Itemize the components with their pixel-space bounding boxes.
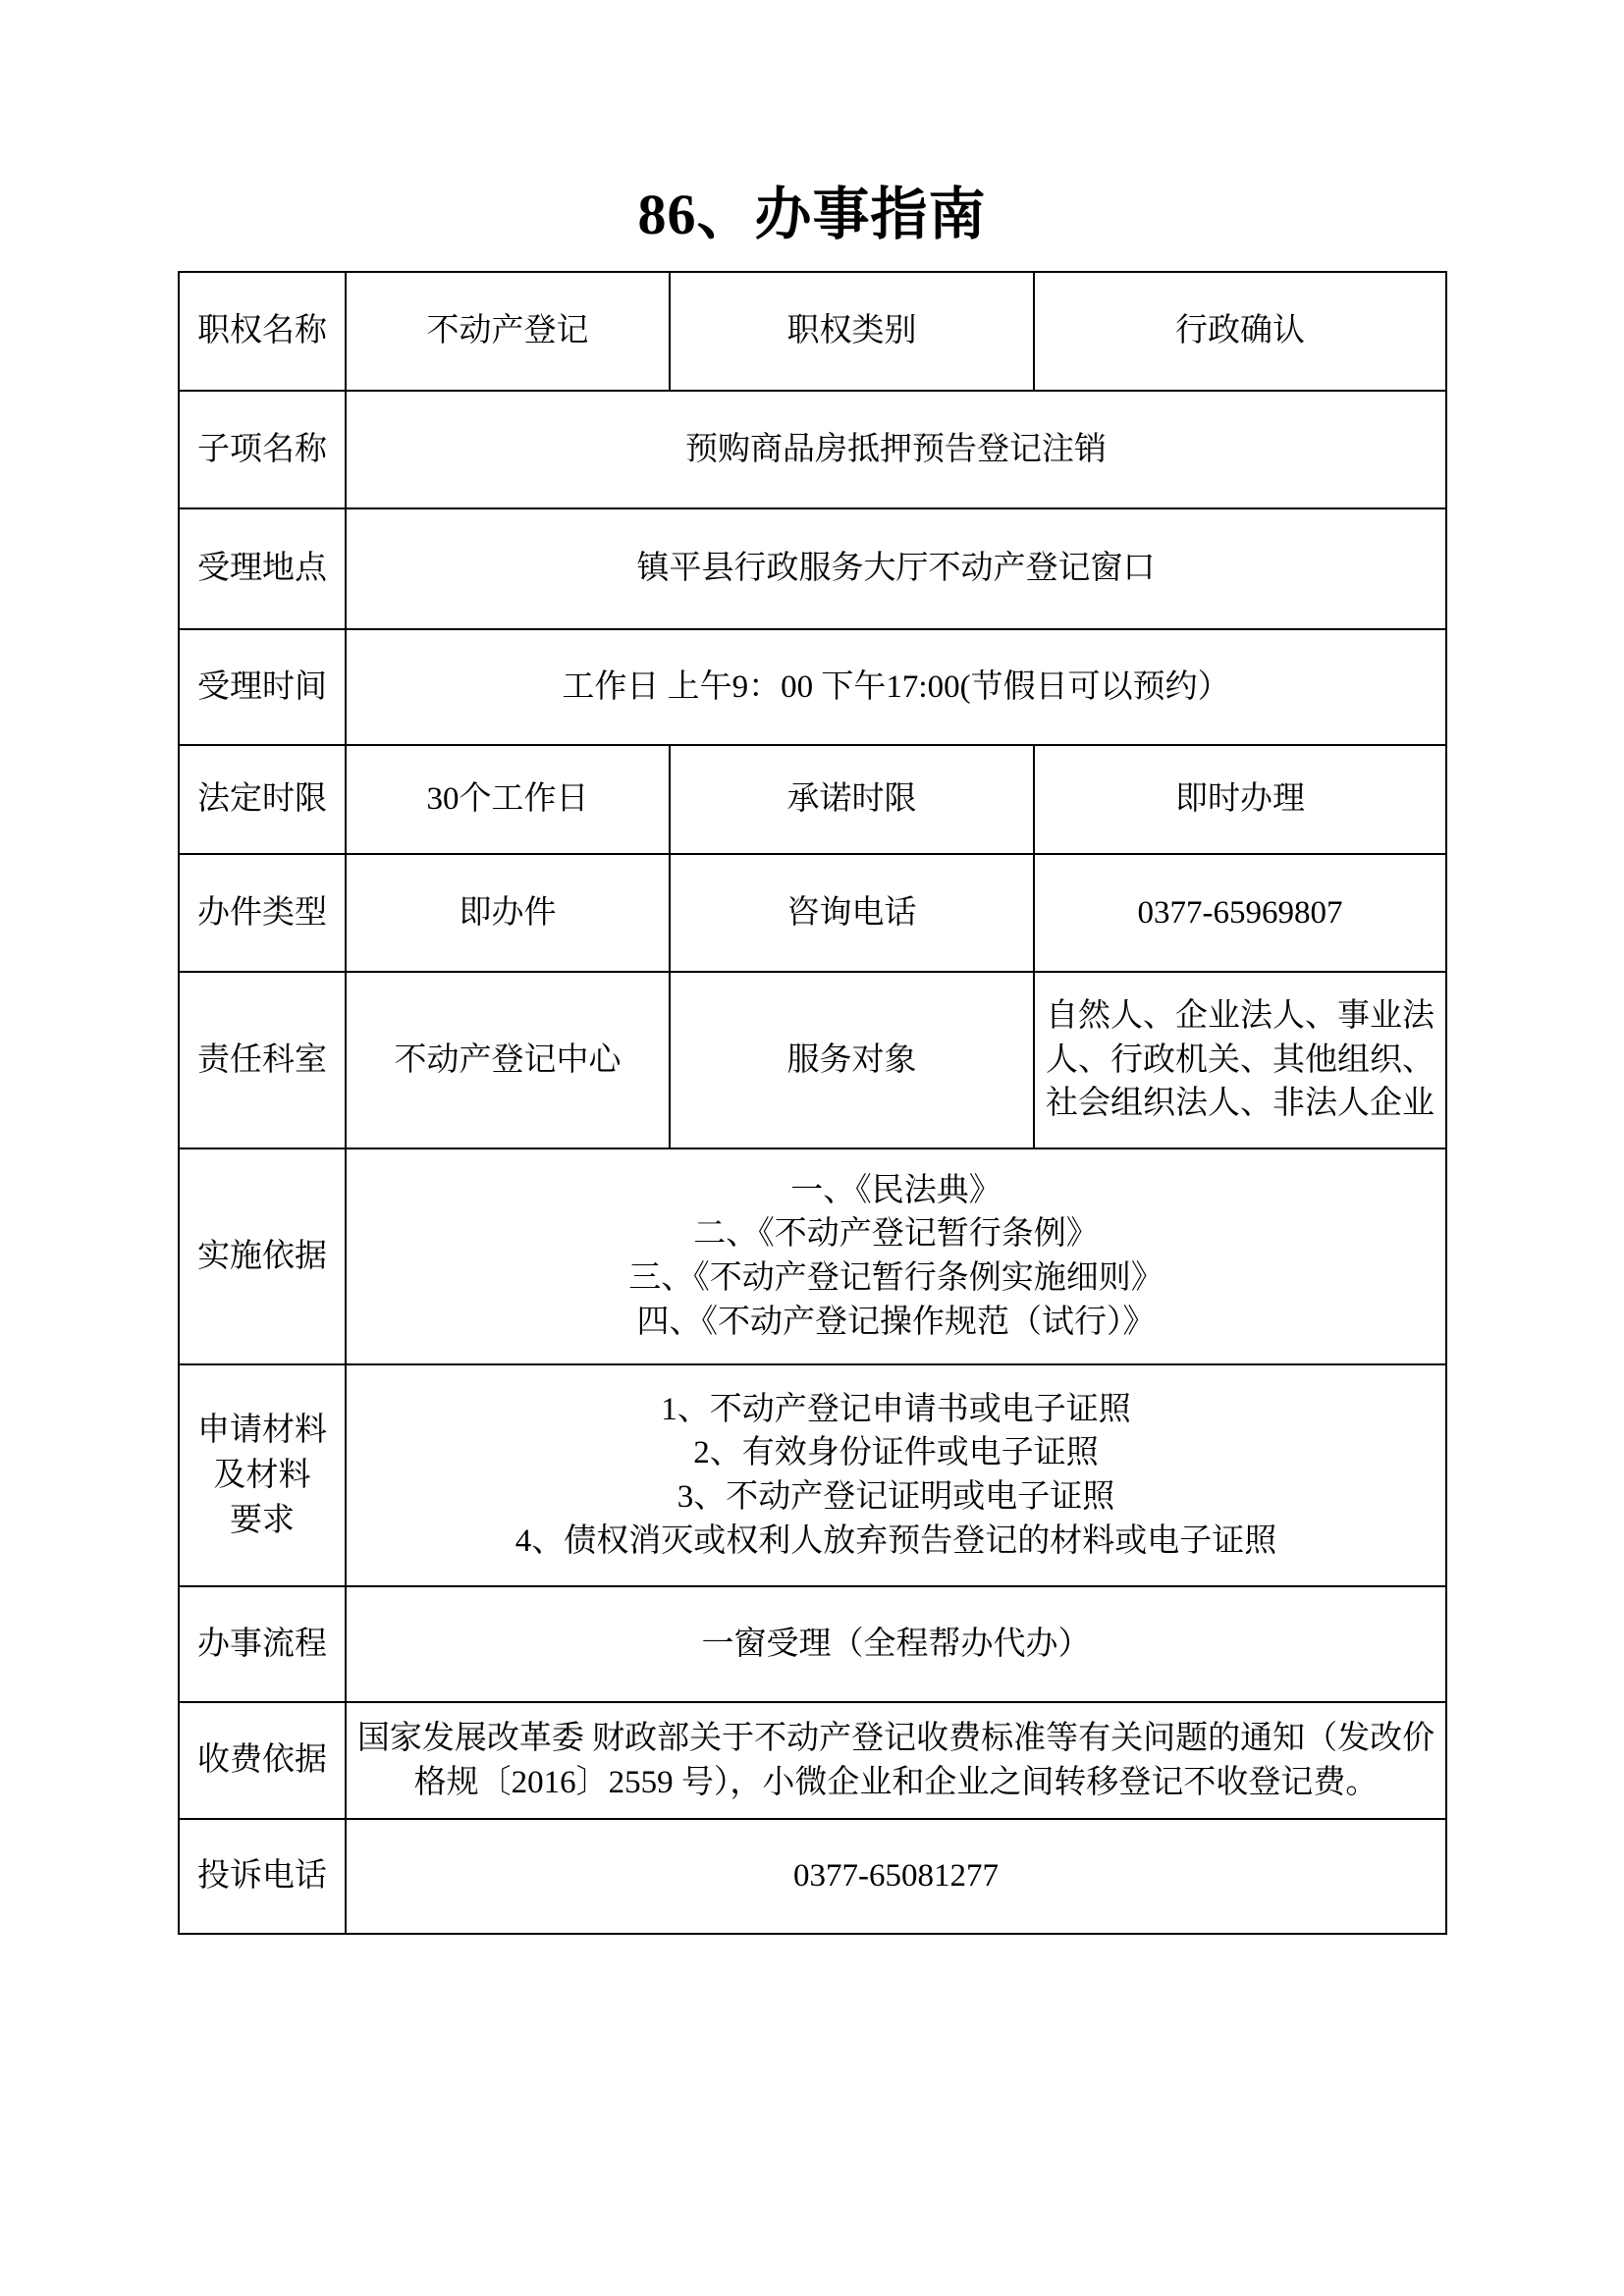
process-value: 一窗受理（全程帮办代办） bbox=[346, 1586, 1446, 1702]
complaint-phone-value: 0377-65081277 bbox=[346, 1819, 1446, 1934]
promise-time-limit-label: 承诺时限 bbox=[670, 745, 1034, 854]
service-guide-table: 职权名称 不动产登记 职权类别 行政确认 子项名称 预购商品房抵押预告登记注销 … bbox=[178, 271, 1447, 1935]
table-row-materials: 申请材料 及材料 要求 1、不动产登记申请书或电子证照 2、有效身份证件或电子证… bbox=[179, 1364, 1446, 1586]
materials-list: 1、不动产登记申请书或电子证照 2、有效身份证件或电子证照 3、不动产登记证明或… bbox=[346, 1364, 1446, 1586]
materials-label: 申请材料 及材料 要求 bbox=[179, 1364, 346, 1586]
page-title: 86、办事指南 bbox=[0, 183, 1624, 248]
consult-phone-label: 咨询电话 bbox=[670, 854, 1034, 972]
duty-office-label: 责任科室 bbox=[179, 972, 346, 1148]
implement-basis-item: 一、《民法典》 bbox=[347, 1169, 1445, 1213]
implement-basis-item: 四、《不动产登记操作规范（试行）》 bbox=[347, 1301, 1445, 1345]
accept-time-label: 受理时间 bbox=[179, 629, 346, 745]
materials-item: 3、不动产登记证明或电子证照 bbox=[347, 1475, 1445, 1520]
table-row-complaint-phone: 投诉电话 0377-65081277 bbox=[179, 1819, 1446, 1934]
table-row-accept-time: 受理时间 工作日 上午9：00 下午17:00(节假日可以预约） bbox=[179, 629, 1446, 745]
implement-basis-item: 二、《不动产登记暂行条例》 bbox=[347, 1212, 1445, 1256]
materials-label-line: 及材料 bbox=[180, 1453, 345, 1498]
authority-type-label: 职权类别 bbox=[670, 272, 1034, 391]
legal-time-limit-value: 30个工作日 bbox=[346, 745, 670, 854]
item-type-label: 办件类型 bbox=[179, 854, 346, 972]
duty-office-value: 不动产登记中心 bbox=[346, 972, 670, 1148]
materials-item: 2、有效身份证件或电子证照 bbox=[347, 1431, 1445, 1475]
table-row-subitem: 子项名称 预购商品房抵押预告登记注销 bbox=[179, 391, 1446, 508]
accept-time-value: 工作日 上午9：00 下午17:00(节假日可以预约） bbox=[346, 629, 1446, 745]
authority-name-label: 职权名称 bbox=[179, 272, 346, 391]
promise-time-limit-value: 即时办理 bbox=[1034, 745, 1446, 854]
process-label: 办事流程 bbox=[179, 1586, 346, 1702]
table-row-duty-office: 责任科室 不动产登记中心 服务对象 自然人、企业法人、事业法人、行政机关、其他组… bbox=[179, 972, 1446, 1148]
table-row-time-limit: 法定时限 30个工作日 承诺时限 即时办理 bbox=[179, 745, 1446, 854]
implement-basis-label: 实施依据 bbox=[179, 1148, 346, 1364]
implement-basis-list: 一、《民法典》 二、《不动产登记暂行条例》 三、《不动产登记暂行条例实施细则》 … bbox=[346, 1148, 1446, 1364]
document-page: 86、办事指南 职权名称 不动产登记 职权类别 行政确认 子项名称 预购商品房抵… bbox=[0, 0, 1624, 2296]
implement-basis-item: 三、《不动产登记暂行条例实施细则》 bbox=[347, 1256, 1445, 1301]
consult-phone-value: 0377-65969807 bbox=[1034, 854, 1446, 972]
table-row-process: 办事流程 一窗受理（全程帮办代办） bbox=[179, 1586, 1446, 1702]
legal-time-limit-label: 法定时限 bbox=[179, 745, 346, 854]
fee-basis-label: 收费依据 bbox=[179, 1702, 346, 1819]
accept-location-value: 镇平县行政服务大厅不动产登记窗口 bbox=[346, 508, 1446, 629]
table-row-accept-location: 受理地点 镇平县行政服务大厅不动产登记窗口 bbox=[179, 508, 1446, 629]
service-target-value: 自然人、企业法人、事业法人、行政机关、其他组织、社会组织法人、非法人企业 bbox=[1034, 972, 1446, 1148]
subitem-name-label: 子项名称 bbox=[179, 391, 346, 508]
materials-item: 1、不动产登记申请书或电子证照 bbox=[347, 1388, 1445, 1432]
materials-item: 4、债权消灭或权利人放弃预告登记的材料或电子证照 bbox=[347, 1520, 1445, 1564]
authority-name-value: 不动产登记 bbox=[346, 272, 670, 391]
table-row-fee-basis: 收费依据 国家发展改革委 财政部关于不动产登记收费标准等有关问题的通知（发改价格… bbox=[179, 1702, 1446, 1819]
item-type-value: 即办件 bbox=[346, 854, 670, 972]
service-target-label: 服务对象 bbox=[670, 972, 1034, 1148]
accept-location-label: 受理地点 bbox=[179, 508, 346, 629]
complaint-phone-label: 投诉电话 bbox=[179, 1819, 346, 1934]
fee-basis-value: 国家发展改革委 财政部关于不动产登记收费标准等有关问题的通知（发改价格规〔201… bbox=[346, 1702, 1446, 1819]
materials-label-line: 申请材料 bbox=[180, 1408, 345, 1453]
materials-label-line: 要求 bbox=[180, 1498, 345, 1543]
table-row-implement-basis: 实施依据 一、《民法典》 二、《不动产登记暂行条例》 三、《不动产登记暂行条例实… bbox=[179, 1148, 1446, 1364]
subitem-name-value: 预购商品房抵押预告登记注销 bbox=[346, 391, 1446, 508]
table-row-item-type: 办件类型 即办件 咨询电话 0377-65969807 bbox=[179, 854, 1446, 972]
table-row-authority: 职权名称 不动产登记 职权类别 行政确认 bbox=[179, 272, 1446, 391]
authority-type-value: 行政确认 bbox=[1034, 272, 1446, 391]
